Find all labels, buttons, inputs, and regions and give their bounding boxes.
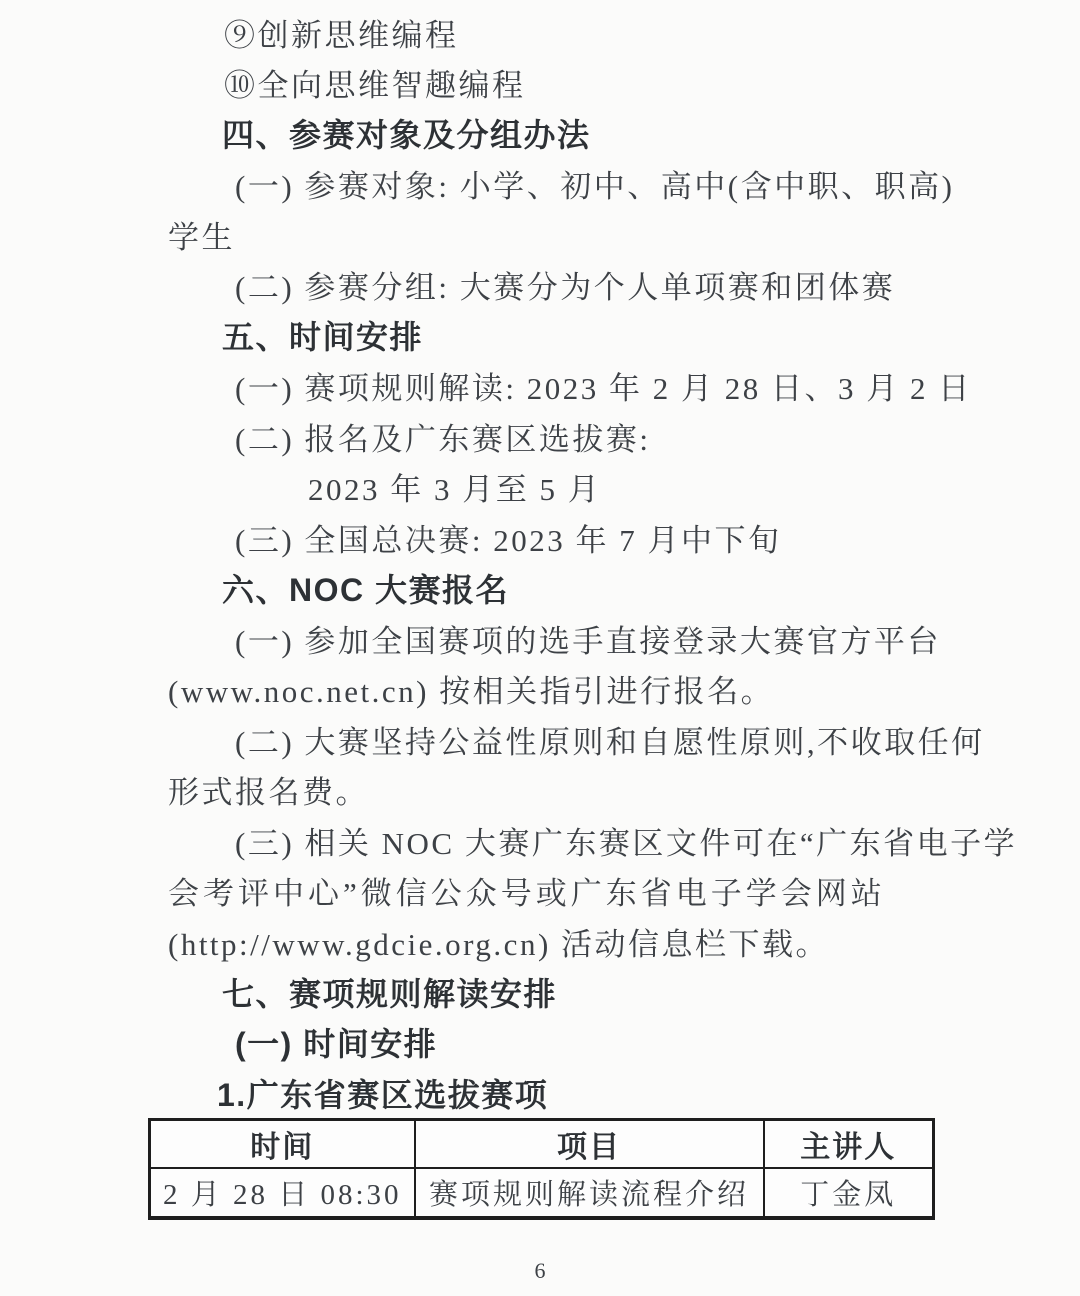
table-header-project: 项目 (415, 1120, 764, 1168)
section-heading-7: 七、赛项规则解读安排 (168, 967, 932, 1018)
table-row: 2 月 28 日 08:30 赛项规则解读流程介绍 丁金凤 (150, 1168, 934, 1218)
table-header-time: 时间 (150, 1120, 415, 1168)
section-heading-6: 六、NOC 大赛报名 (168, 563, 932, 614)
table-cell-speaker: 丁金凤 (764, 1168, 934, 1218)
para-registration-3-url: (http://www.gdcie.org.cn) 活动信息栏下载。 (168, 916, 932, 967)
table-cell-project: 赛项规则解读流程介绍 (415, 1168, 764, 1218)
list-item-9: ⑨创新思维编程 (168, 7, 932, 58)
table-header-speaker: 主讲人 (764, 1120, 934, 1168)
schedule-table: 时间 项目 主讲人 2 月 28 日 08:30 赛项规则解读流程介绍 丁金凤 (148, 1118, 935, 1220)
para-schedule-3: (三) 全国总决赛: 2023 年 7 月中下旬 (168, 512, 932, 563)
para-registration-1: (一) 参加全国赛项的选手直接登录大赛官方平台 (168, 613, 932, 664)
subheading-guangdong-events: 1.广东省赛区选拔赛项 (168, 1068, 932, 1119)
para-participants-cont: 学生 (168, 209, 932, 260)
table-header-row: 时间 项目 主讲人 (150, 1120, 934, 1168)
page-number: 6 (0, 1258, 1080, 1284)
document-page: ⑨创新思维编程 ⑩全向思维智趣编程 四、参赛对象及分组办法 (一) 参赛对象: … (0, 0, 1080, 1296)
table-cell-time: 2 月 28 日 08:30 (150, 1168, 415, 1218)
document-body: ⑨创新思维编程 ⑩全向思维智趣编程 四、参赛对象及分组办法 (一) 参赛对象: … (168, 7, 932, 1220)
list-item-10: ⑩全向思维智趣编程 (168, 58, 932, 109)
para-schedule-1: (一) 赛项规则解读: 2023 年 2 月 28 日、3 月 2 日 (168, 361, 932, 412)
para-participants: (一) 参赛对象: 小学、初中、高中(含中职、职高) (168, 159, 932, 210)
para-schedule-2: (二) 报名及广东赛区选拔赛: (168, 411, 932, 462)
section-heading-4: 四、参赛对象及分组办法 (168, 108, 932, 159)
section-heading-5: 五、时间安排 (168, 310, 932, 361)
para-registration-2-cont: 形式报名费。 (168, 765, 932, 816)
para-schedule-2-date: 2023 年 3 月至 5 月 (168, 462, 932, 513)
para-registration-2: (二) 大赛坚持公益性原则和自愿性原则,不收取任何 (168, 714, 932, 765)
para-registration-3: (三) 相关 NOC 大赛广东赛区文件可在“广东省电子学 (168, 815, 932, 866)
para-registration-1-cont: (www.noc.net.cn) 按相关指引进行报名。 (168, 664, 932, 715)
para-grouping: (二) 参赛分组: 大赛分为个人单项赛和团体赛 (168, 260, 932, 311)
subheading-time-schedule: (一) 时间安排 (168, 1017, 932, 1068)
para-registration-3-cont: 会考评中心”微信公众号或广东省电子学会网站 (168, 866, 932, 917)
